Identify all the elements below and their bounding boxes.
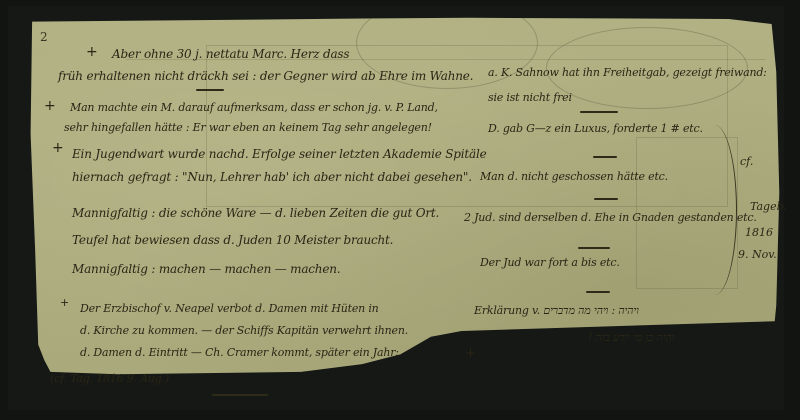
footnote-reference: (cf. Tag. 1816 9. Aug.) [50, 372, 169, 385]
text-line: Teufel hat bewiesen dass d. Juden 10 Mei… [72, 233, 393, 247]
text-line: a. K. Sahnow hat ihn Freiheitgab, gezeig… [488, 66, 767, 79]
text-line: ! והיה כן מי יודע בזה [588, 331, 674, 344]
text-line: d. Damen d. Eintritt — Ch. Cramer kommt,… [80, 346, 399, 359]
margin-note-line: 9. Nov. [738, 248, 777, 262]
cross-marker-icon: + [52, 140, 64, 156]
separator-rule [593, 156, 617, 158]
separator-rule [580, 111, 618, 113]
text-line: Mannigfaltig : die schöne Ware — d. lieb… [72, 206, 439, 220]
text-line: Ein Jugendwart wurde nachd. Erfolge sein… [72, 147, 487, 161]
text-line: Man d. nicht geschossen hätte etc. [480, 170, 668, 183]
text-line: hiernach gefragt : "Nun, Lehrer hab' ich… [72, 170, 472, 184]
cross-marker-icon: + [44, 98, 56, 114]
margin-note-line: Tageb. [750, 200, 787, 214]
text-line: Der Jud war fort a bis etc. [480, 256, 620, 269]
margin-note-line: cf. [740, 155, 753, 169]
page-number: 2 [40, 30, 48, 44]
text-line: Mannigfaltig : machen — machen — machen. [72, 262, 340, 276]
text-line: d. Kirche zu kommen. — der Schiffs Kapit… [80, 324, 408, 337]
cross-marker-icon: + [60, 296, 69, 309]
text-line: D. gab G—z ein Luxus, forderte 1 # etc. [488, 122, 703, 135]
text-line: Erklärung v. ויהיה : ויהי מה מדברים [474, 304, 639, 317]
separator-rule [196, 89, 224, 91]
text-line: früh erhaltenen nicht dräckh sei : der G… [58, 69, 473, 83]
separator-rule [578, 247, 610, 249]
cross-marker-icon: + [465, 346, 476, 361]
text-line: sehr hingefallen hätte : Er war eben an … [64, 121, 432, 134]
text-line: Aber ohne 30 j. nettatu Marc. Herz dass [112, 47, 349, 61]
text-line: Man machte ein M. darauf aufmerksam, das… [70, 101, 438, 114]
separator-rule [586, 291, 610, 293]
separator-rule [212, 394, 268, 396]
separator-rule [594, 198, 618, 200]
text-line: Der Erzbischof v. Neapel verbot d. Damen… [80, 302, 379, 315]
margin-note-line: 1816 [745, 226, 773, 240]
text-line: sie ist nicht frei [488, 91, 572, 104]
cross-marker-icon: + [86, 44, 98, 60]
